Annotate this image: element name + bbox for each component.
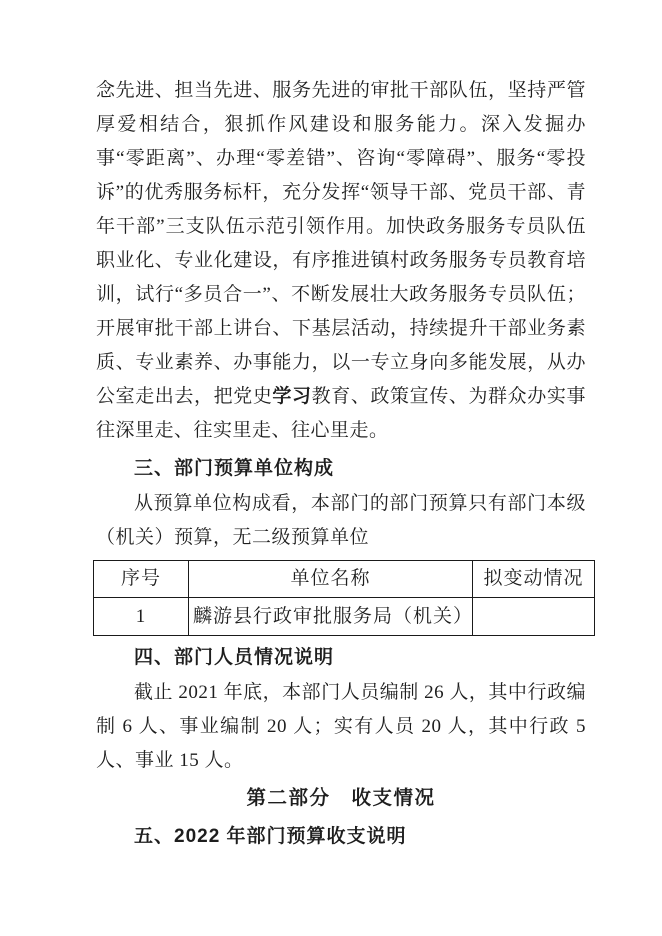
section-4-heading: 四、部门人员情况说明 [96,640,586,675]
table-cell-change-status [473,598,595,636]
continuation-paragraph: 念先进、担当先进、服务先进的审批干部队伍，坚持严管厚爱相结合，狠抓作风建设和服务… [96,74,586,448]
section-3-heading: 三、部门预算单位构成 [96,451,586,486]
section-4-paragraph: 截止 2021 年底，本部门人员编制 26 人，其中行政编制 6 人、事业编制 … [96,676,586,778]
bold-highlight-word: 学习 [272,386,311,407]
table-header-unit-name: 单位名称 [189,561,473,598]
table-cell-index: 1 [94,598,189,636]
section-5-heading: 五、2022 年部门预算收支说明 [96,819,586,854]
table-header-index: 序号 [94,561,189,598]
section-3-paragraph: 从预算单位构成看，本部门的部门预算只有部门本级（机关）预算，无二级预算单位 [96,487,586,555]
part-2-title: 第二部分 收支情况 [96,780,586,816]
table-header-change-status: 拟变动情况 [473,561,595,598]
table-cell-unit-name: 麟游县行政审批服务局（机关） [189,598,473,636]
continuation-text-before-bold: 念先进、担当先进、服务先进的审批干部队伍，坚持严管厚爱相结合，狠抓作风建设和服务… [96,80,586,407]
budget-units-table: 序号 单位名称 拟变动情况 1 麟游县行政审批服务局（机关） [93,560,595,636]
table-header-row: 序号 单位名称 拟变动情况 [94,561,595,598]
document-page: 念先进、担当先进、服务先进的审批干部队伍，坚持严管厚爱相结合，狠抓作风建设和服务… [0,0,662,936]
table-row: 1 麟游县行政审批服务局（机关） [94,598,595,636]
